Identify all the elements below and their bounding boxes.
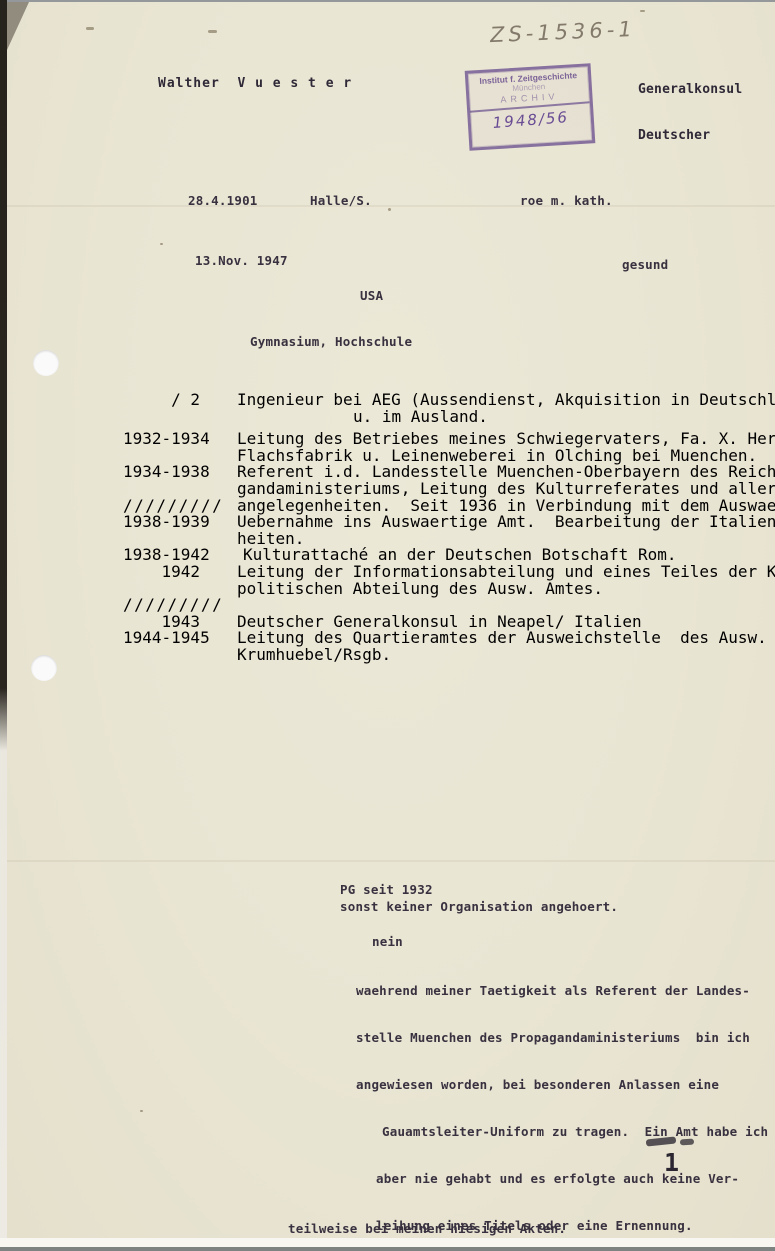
career-text-line: u. im Ausland. (353, 409, 775, 426)
header-title-right: Generalkonsul (638, 82, 742, 97)
hole-punch (33, 350, 59, 376)
pg-membership-line: PG seit 1932 (340, 882, 433, 897)
education: Gymnasium, Hochschule (250, 334, 412, 349)
career-row: 1938-1939 Uebernahme ins Auswaertige Amt… (123, 514, 768, 547)
paper-speck (388, 208, 391, 211)
career-date: 1932-1934 (123, 431, 200, 448)
nein-answer: nein (372, 934, 403, 949)
career-text-line: Uebernahme ins Auswaertige Amt. Bearbeit… (237, 514, 775, 531)
career-row: / 2 Ingenieur bei AEG (Aussendienst, Akq… (123, 392, 768, 425)
scan-bottom-edge (0, 1238, 775, 1247)
footer-note: teilweise bei meinen hiesigen Akten. (288, 1221, 566, 1236)
archive-stamp: Institut f. Zeitgeschichte München ARCHI… (465, 63, 596, 151)
paper-speck (640, 10, 645, 12)
religion: roe m. kath. (520, 193, 613, 208)
uniform-statement: waehrend meiner Taetigkeit als Referent … (356, 952, 768, 1249)
career-date: 1934-1938 (123, 464, 200, 481)
career-history: / 2 Ingenieur bei AEG (Aussendienst, Akq… (123, 392, 768, 664)
hole-punch (31, 655, 57, 681)
health-status: gesund (622, 257, 668, 272)
scan-left-edge (0, 0, 7, 1251)
career-date: 1944-1945 (123, 630, 200, 647)
paper-crease (7, 860, 775, 862)
statement-line: angewiesen worden, bei besonderen Anlass… (356, 1076, 768, 1093)
document-date: 13.Nov. 1947 (195, 253, 288, 268)
career-row: 1942 Leitung der Informationsabteilung u… (123, 564, 768, 597)
stamp-number-handwriting: 1948/56 (470, 101, 591, 133)
statement-line: waehrend meiner Taetigkeit als Referent … (356, 982, 768, 999)
career-row: 1944-1945 Leitung des Quartieramtes der … (123, 630, 768, 663)
paper-speck (86, 27, 94, 30)
paper-crease (7, 205, 775, 207)
header-nationality: Deutscher (638, 128, 710, 143)
career-row: 1932-1934 Leitung des Betriebes meines S… (123, 431, 768, 464)
birth-place: Halle/S. (310, 193, 372, 208)
career-date: 1942 (123, 564, 200, 581)
organisation-line: sonst keiner Organisation angehoert. (340, 899, 618, 914)
career-date: / 2 (123, 392, 200, 409)
career-text-line: politischen Abteilung des Ausw. Amtes. (237, 581, 775, 598)
statement-line: Gauamtsleiter-Uniform zu tragen. Ein Amt… (382, 1123, 768, 1140)
statement-line: aber nie gehabt und es erfolgte auch kei… (376, 1170, 768, 1187)
paper-speck (208, 30, 217, 33)
birth-date: 28.4.1901 (188, 193, 258, 208)
statement-line: stelle Muenchen des Propagandaministeriu… (356, 1029, 768, 1046)
career-text-line: Krumhuebel/Rsgb. (237, 647, 775, 664)
residence-country: USA (360, 288, 383, 303)
career-text-line: Ingenieur bei AEG (Aussendienst, Akquisi… (237, 392, 775, 409)
page-number: 1 (664, 1148, 679, 1177)
scan-background (0, 1247, 775, 1251)
person-name: Walther V u e s t e r (158, 76, 352, 91)
ink-smudge (680, 1139, 694, 1146)
paper-speck (140, 1110, 143, 1112)
career-date: 1938-1939 (123, 514, 200, 531)
career-row: 1934-1938 ///////// Referent i.d. Landes… (123, 464, 768, 514)
paper-speck (700, 452, 702, 454)
paper-speck (160, 243, 163, 245)
